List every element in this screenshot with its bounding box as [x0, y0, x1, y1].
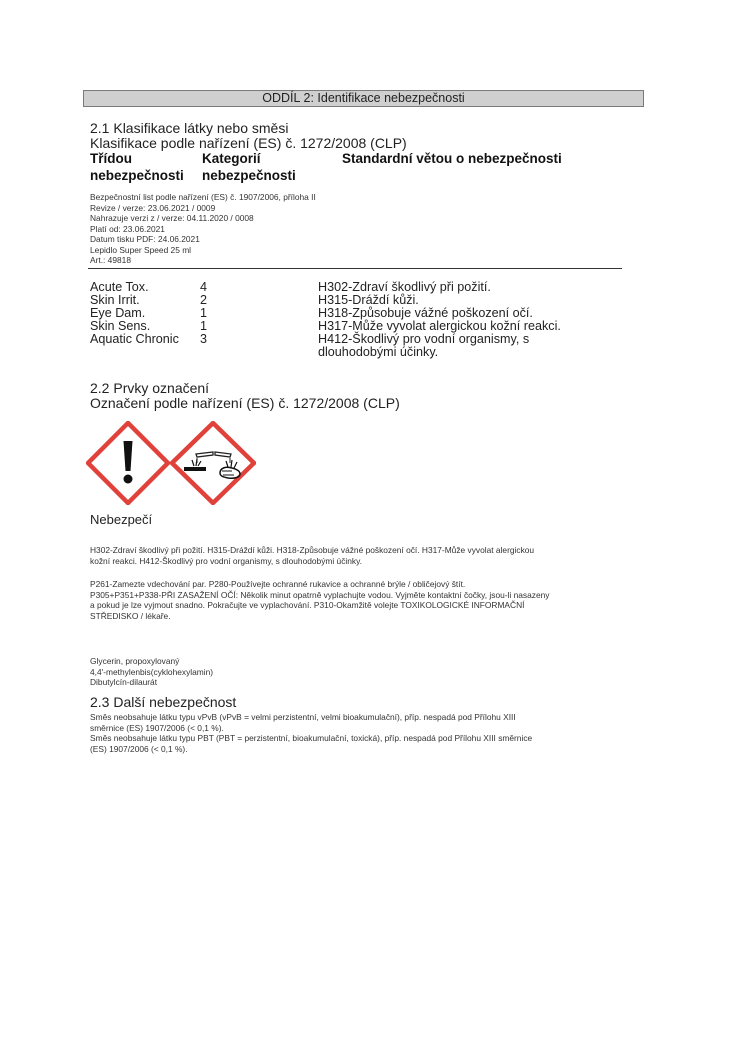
- meta-line: Revize / verze: 23.06.2021 / 0009: [90, 203, 215, 214]
- component: 4,4'-methylenbis(cyklohexylamin): [90, 667, 213, 678]
- other-hazard-line: směrnice (ES) 1907/2006 (< 0,1 %).: [90, 723, 224, 734]
- other-hazard-line: Směs neobsahuje látku typu vPvB (vPvB = …: [90, 712, 516, 723]
- meta-line: Datum tisku PDF: 24.06.2021: [90, 234, 200, 245]
- category-cell: 3: [200, 333, 207, 346]
- meta-line: Platí od: 23.06.2021: [90, 224, 165, 235]
- statement-cell-cont: dlouhodobými účinky.: [318, 346, 438, 359]
- signal-word: Nebezpečí: [90, 512, 152, 527]
- col-header-category-line2: nebezpečnosti: [202, 168, 296, 184]
- hazard-line: kožní reakci. H412-Škodlivý pro vodní or…: [90, 556, 362, 567]
- col-header-class-line2: nebezpečnosti: [90, 168, 184, 184]
- meta-line: Nahrazuje verzi z / verze: 04.11.2020 / …: [90, 213, 254, 224]
- section-2-3-title: 2.3 Další nebezpečnost: [90, 695, 236, 710]
- component: Dibutylcín-dilaurát: [90, 677, 157, 688]
- meta-line: Lepidlo Super Speed 25 ml: [90, 245, 191, 256]
- hazard-line: H302-Zdraví škodlivý při požití. H315-Dr…: [90, 545, 534, 556]
- precaution-line: STŘEDISKO / lékaře.: [90, 611, 171, 622]
- col-header-statement: Standardní větou o nebezpečnosti: [342, 151, 562, 167]
- precaution-line: P305+P351+P338-PŘI ZASAŽENÍ OČÍ: Několik…: [90, 590, 549, 601]
- precaution-line: P261-Zamezte vdechování par. P280-Použív…: [90, 579, 465, 590]
- col-header-class: Třídou: [90, 151, 132, 167]
- class-cell: Aquatic Chronic: [90, 333, 179, 346]
- exclamation-mark-icon: [86, 421, 170, 505]
- component: Glycerin, propoxylovaný: [90, 656, 179, 667]
- section-2-2-subtitle: Označení podle nařízení (ES) č. 1272/200…: [90, 396, 400, 411]
- divider: [88, 268, 622, 269]
- section-2-1-title: 2.1 Klasifikace látky nebo směsi: [90, 121, 288, 136]
- section-2-1-subtitle: Klasifikace podle nařízení (ES) č. 1272/…: [90, 136, 407, 151]
- other-hazard-line: (ES) 1907/2006 (< 0,1 %).: [90, 744, 188, 755]
- precaution-line: a pokud je lze vyjmout snadno. Pokračujt…: [90, 600, 524, 611]
- col-header-category: Kategorií: [202, 151, 261, 167]
- meta-line: Bezpečnostní list podle nařízení (ES) č.…: [90, 192, 316, 203]
- meta-line: Art.: 49818: [90, 255, 131, 266]
- section-header: ODDÍL 2: Identifikace nebezpečnosti: [83, 90, 644, 107]
- other-hazard-line: Směs neobsahuje látku typu PBT (PBT = pe…: [90, 733, 532, 744]
- corrosion-icon: [170, 421, 256, 505]
- section-2-2-title: 2.2 Prvky označení: [90, 381, 209, 396]
